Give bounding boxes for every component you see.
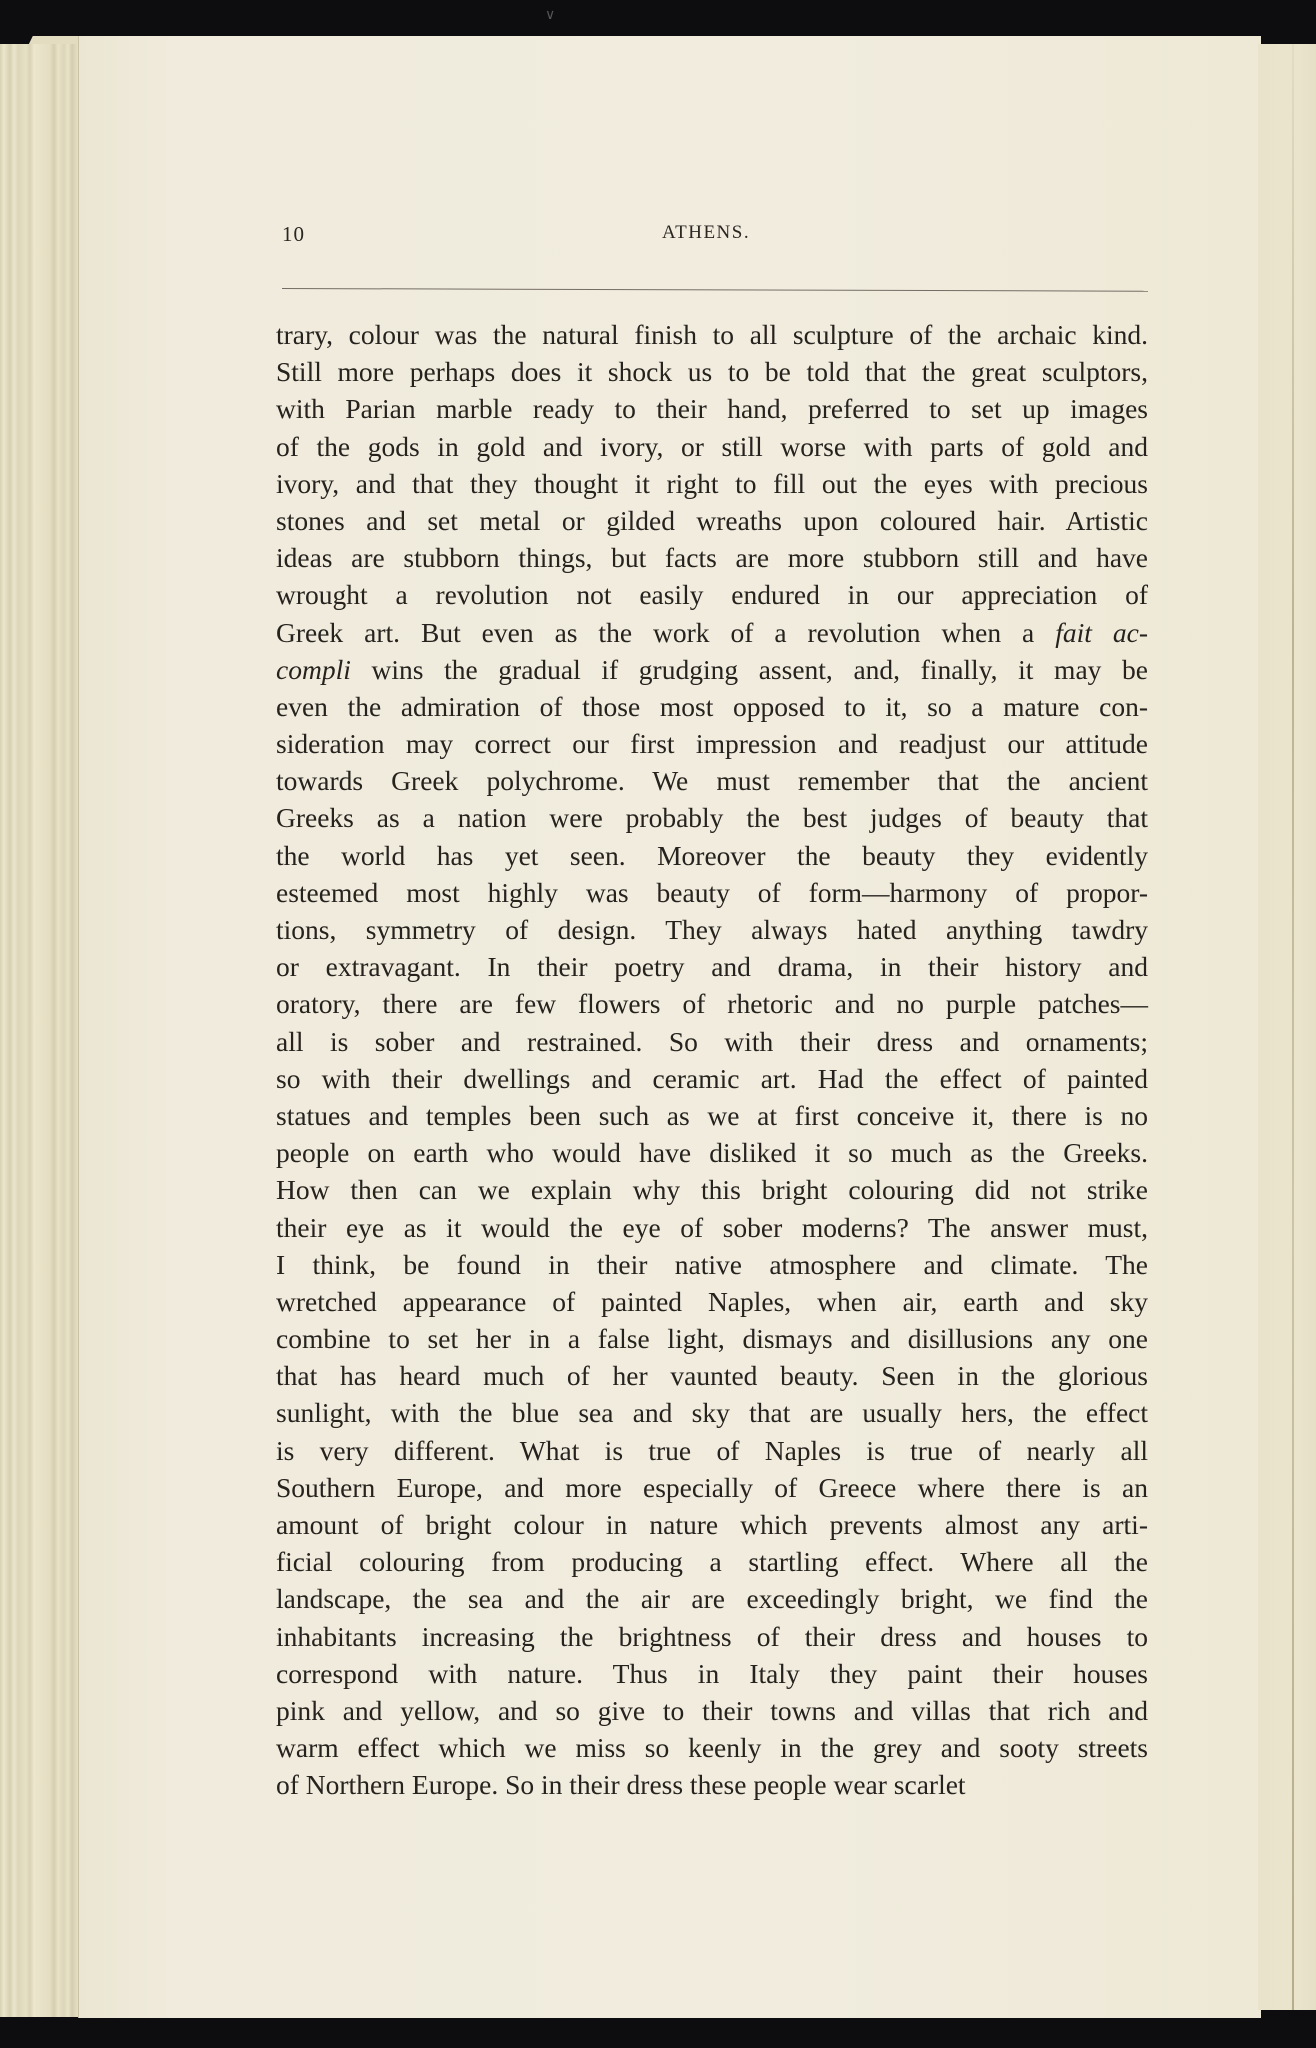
text-line: inhabitants increasing the brightness of… (276, 1618, 1148, 1655)
text-line: pink and yellow, and so give to their to… (276, 1692, 1148, 1729)
text-line: ivory, and that they thought it right to… (276, 465, 1148, 502)
text-line: of Northern Europe. So in their dress th… (276, 1766, 1148, 1803)
text-line: correspond with nature. Thus in Italy th… (276, 1655, 1148, 1692)
text-line: warm effect which we miss so keenly in t… (276, 1729, 1148, 1766)
text-line: their eye as it would the eye of sober m… (276, 1209, 1148, 1246)
text-line: or extravagant. In their poetry and dram… (276, 948, 1148, 985)
text-line: landscape, the sea and the air are excee… (276, 1580, 1148, 1617)
page-number: 10 (282, 222, 305, 247)
text-line: sideration may correct our first impress… (276, 725, 1148, 762)
text-line: towards Greek polychrome. We must rememb… (276, 762, 1148, 799)
text-line: Still more perhaps does it shock us to b… (276, 353, 1148, 390)
italic-phrase: compli (276, 654, 351, 685)
text-line: I think, be found in their native atmosp… (276, 1246, 1148, 1283)
running-head: ATHENS. (662, 222, 750, 244)
text-line: is very different. What is true of Naple… (276, 1432, 1148, 1469)
text-line: How then can we explain why this bright … (276, 1171, 1148, 1208)
facing-page-edge (1258, 44, 1316, 2010)
text-line: oratory, there are few flowers of rhetor… (276, 985, 1148, 1022)
text-line: esteemed most highly was beauty of form—… (276, 874, 1148, 911)
text-line: people on earth who would have disliked … (276, 1134, 1148, 1171)
text-line: ficial colouring from producing a startl… (276, 1543, 1148, 1580)
text-line: even the admiration of those most oppose… (276, 688, 1148, 725)
text-line: Greek art. But even as the work of a rev… (276, 614, 1148, 651)
text-line: trary, colour was the natural finish to … (276, 316, 1148, 353)
text-line: combine to set her in a false light, dis… (276, 1320, 1148, 1357)
text-line: sunlight, with the blue sea and sky that… (276, 1394, 1148, 1431)
text-line: all is sober and restrained. So with the… (276, 1023, 1148, 1060)
italic-phrase: fait ac- (1055, 617, 1148, 648)
body-text: trary, colour was the natural finish to … (276, 316, 1148, 1804)
text-line: the world has yet seen. Moreover the bea… (276, 837, 1148, 874)
text-line: wretched appearance of painted Naples, w… (276, 1283, 1148, 1320)
text-line: amount of bright colour in nature which … (276, 1506, 1148, 1543)
text-line: that has heard much of her vaunted beaut… (276, 1357, 1148, 1394)
fold-mark-icon: ∨ (545, 8, 555, 22)
text-line: so with their dwellings and ceramic art.… (276, 1060, 1148, 1097)
text-line: Southern Europe, and more especially of … (276, 1469, 1148, 1506)
text-line: tions, symmetry of design. They always h… (276, 911, 1148, 948)
page-header: 10 ATHENS. (282, 222, 1142, 252)
text-line: statues and temples been such as we at f… (276, 1097, 1148, 1134)
text-line: with Parian marble ready to their hand, … (276, 390, 1148, 427)
text-line: of the gods in gold and ivory, or still … (276, 428, 1148, 465)
text-line: stones and set metal or gilded wreaths u… (276, 502, 1148, 539)
text-line: compli wins the gradual if grudging asse… (276, 651, 1148, 688)
page-stack-edges (0, 44, 82, 2017)
text-line: Greeks as a nation were probably the bes… (276, 799, 1148, 836)
text-line: wrought a revolution not easily endured … (276, 576, 1148, 613)
text-line: ideas are stubborn things, but facts are… (276, 539, 1148, 576)
